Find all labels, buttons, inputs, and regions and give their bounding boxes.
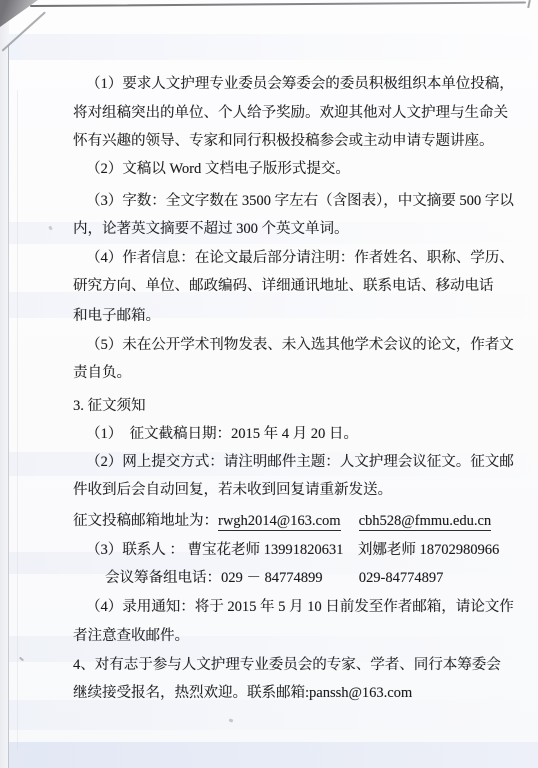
document-line: 4、对有志于参与人文护理专业委员会的专家、学者、同行本筹委会 [73, 657, 501, 673]
text-run: 征文投稿邮箱地址为： [73, 513, 218, 529]
text-run: （4）作者信息：在论文最后部分请注明：作者姓名、职称、学历、 [86, 250, 514, 266]
document-line: 3. 征文须知 [73, 398, 146, 414]
document-line: 继续接受报名，热烈欢迎。联系邮箱:panssh@163.com [73, 685, 412, 701]
text-run: （1）要求人文护理专业委员会筹委会的委员积极组织本单位投稿， [86, 76, 514, 92]
document-line: （2）网上提交方式：请注明邮件主题：人文护理会议征文。征文邮 [86, 454, 514, 470]
text-run: （5）未在公开学术刊物发表、未入选其他学术会议的论文，作者文 [86, 337, 514, 353]
text-run: （4）录用通知：将于 2015 年 5 月 10 日前发至作者邮箱，请论文作 [86, 599, 514, 615]
document-line: 者注意查收邮件。 [73, 628, 189, 644]
document-line: （4）作者信息：在论文最后部分请注明：作者姓名、职称、学历、 [86, 250, 514, 266]
text-run: 会议筹备组电话：029 － 84774899 029-84774897 [105, 570, 443, 586]
text-run: 研究方向、单位、邮政编码、详细通讯地址、联系电话、移动电话 [73, 278, 494, 294]
email-text: rwgh2014@163.com [218, 513, 341, 531]
text-run: （3）联系人 ： 曹宝花老师 13991820631 刘娜老师 18702980… [86, 542, 499, 558]
text-run: 4、对有志于参与人文护理专业委员会的专家、学者、同行本筹委会 [73, 657, 501, 673]
text-run: 将对组稿突出的单位、个人给予奖励。欢迎其他对人文护理与生命关 [73, 105, 508, 121]
text-run [341, 513, 359, 529]
document-line: （2）文稿以 Word 文档电子版形式提交。 [86, 161, 350, 177]
text-run: （2）网上提交方式：请注明邮件主题：人文护理会议征文。征文邮 [86, 454, 514, 470]
document-line: （4）录用通知：将于 2015 年 5 月 10 日前发至作者邮箱，请论文作 [86, 599, 514, 615]
document-line: （3）联系人 ： 曹宝花老师 13991820631 刘娜老师 18702980… [86, 542, 499, 558]
text-run: （3）字数：全文字数在 3500 字左右（含图表），中文摘要 500 字以 [86, 193, 514, 209]
email-text: cbh528@fmmu.edu.cn [359, 513, 492, 531]
text-run: （1） 征文截稿日期：2015 年 4 月 20 日。 [86, 426, 358, 442]
text-run: 和电子邮箱。 [73, 308, 160, 324]
text-run: 怀有兴趣的领导、专家和同行积极投稿参会或主动申请专题讲座。 [73, 133, 494, 149]
document-line: 会议筹备组电话：029 － 84774899 029-84774897 [105, 570, 443, 586]
document-line: 内，论著英文摘要不超过 300 个英文单词。 [73, 221, 349, 237]
document-line: 和电子邮箱。 [73, 308, 160, 324]
text-run: 内，论著英文摘要不超过 300 个英文单词。 [73, 221, 349, 237]
document-line: （5）未在公开学术刊物发表、未入选其他学术会议的论文，作者文 [86, 337, 514, 353]
document-line: （1） 征文截稿日期：2015 年 4 月 20 日。 [86, 426, 358, 442]
text-run: 3. 征文须知 [73, 398, 146, 414]
document-line: 件收到后会自动回复，若未收到回复请重新发送。 [73, 482, 392, 498]
text-run: 者注意查收邮件。 [73, 628, 189, 644]
text-run: （2）文稿以 Word 文档电子版形式提交。 [86, 161, 350, 177]
document-line: 怀有兴趣的领导、专家和同行积极投稿参会或主动申请专题讲座。 [73, 133, 494, 149]
document-line: 将对组稿突出的单位、个人给予奖励。欢迎其他对人文护理与生命关 [73, 105, 508, 121]
document-text: （1）要求人文护理专业委员会筹委会的委员积极组织本单位投稿，将对组稿突出的单位、… [0, 0, 538, 768]
paper-page: （1）要求人文护理专业委员会筹委会的委员积极组织本单位投稿，将对组稿突出的单位、… [0, 0, 538, 768]
text-run: 责自负。 [73, 365, 131, 381]
text-run: 件收到后会自动回复，若未收到回复请重新发送。 [73, 482, 392, 498]
document-line: （3）字数：全文字数在 3500 字左右（含图表），中文摘要 500 字以 [86, 193, 514, 209]
scanned-page: { "page": { "paper_color": "#fcfcfd", "t… [0, 0, 538, 768]
text-run: 继续接受报名，热烈欢迎。联系邮箱:panssh@163.com [73, 685, 412, 701]
document-line: 研究方向、单位、邮政编码、详细通讯地址、联系电话、移动电话 [73, 278, 494, 294]
document-line: 责自负。 [73, 365, 131, 381]
document-line: （1）要求人文护理专业委员会筹委会的委员积极组织本单位投稿， [86, 76, 514, 92]
document-line: 征文投稿邮箱地址为：rwgh2014@163.com cbh528@fmmu.e… [73, 513, 491, 529]
